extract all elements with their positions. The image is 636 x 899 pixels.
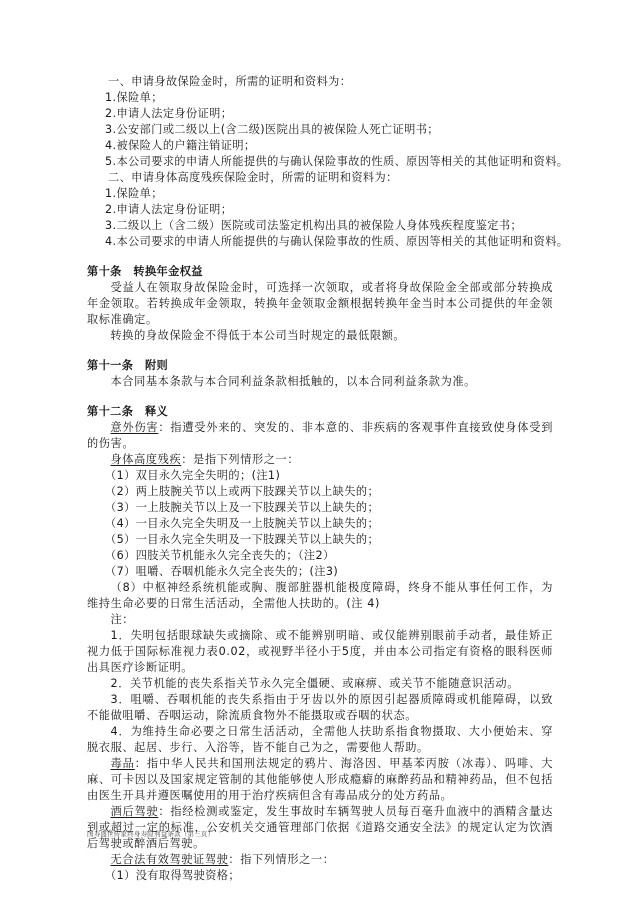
list-item: 5.本公司要求的申请人所能提供的与确认保险事故的性质、原因等相关的其他证明和资料… bbox=[87, 154, 553, 170]
list-item: （4）一目永久完全失明及一上肢腕关节以上缺失的； bbox=[87, 516, 553, 532]
list-item: 1.保险单； bbox=[87, 186, 553, 202]
list-item: 4.被保险人的户籍注销证明； bbox=[87, 138, 553, 154]
list-item: 4.本公司要求的申请人所能提供的与确认保险事故的性质、原因等相关的其他证明和资料… bbox=[87, 234, 553, 250]
notes-label: 注： bbox=[87, 612, 553, 628]
note-item: 2．关节机能的丧失系指关节永久完全僵硬、或麻痹、或关节不能随意识活动。 bbox=[87, 676, 553, 692]
term-accident: 意外伤害 bbox=[111, 421, 159, 434]
list-item: （7）咀嚼、吞咽机能永久完全丧失的；(注3) bbox=[87, 564, 553, 580]
definition-text: ：是指下列情形之一： bbox=[181, 453, 299, 466]
definition-unlicensed-driving: 无合法有效驾驶证驾驶：指下列情形之一： bbox=[87, 852, 553, 868]
term-disability: 身体高度残疾 bbox=[111, 453, 182, 466]
note-item: 3．咀嚼、吞咽机能的丧失系指由于牙齿以外的原因引起器质障碍或机能障碍，以致不能做… bbox=[87, 692, 553, 724]
term-drugs: 毒品 bbox=[111, 757, 135, 770]
list-item: 2.申请人法定身份证明； bbox=[87, 106, 553, 122]
page-footer: 国寿盛世传家终身寿险利益条款（第三页） bbox=[87, 829, 214, 838]
list-item: 1.保险单； bbox=[87, 90, 553, 106]
note-item: 4．为维持生命必要之日常生活活动，全需他人扶助系指食物摄取、大小便始末、穿脱衣服… bbox=[87, 724, 553, 756]
term-unlicensed-driving: 无合法有效驾驶证驾驶 bbox=[111, 853, 229, 866]
definition-disability: 身体高度残疾：是指下列情形之一： bbox=[87, 452, 553, 468]
article-10-heading: 第十条 转换年金权益 bbox=[87, 264, 553, 280]
list-item: 2.申请人法定身份证明； bbox=[87, 202, 553, 218]
article-11-paragraph: 本合同基本条款与本合同利益条款相抵触的，以本合同利益条款为准。 bbox=[87, 374, 553, 390]
article-10-paragraph: 受益人在领取身故保险金时，可选择一次领取，或者将身故保险金全部或部分转换成年金领… bbox=[87, 280, 553, 328]
list-item: （2）两上肢腕关节以上或两下肢踝关节以上缺失的； bbox=[87, 484, 553, 500]
list-item: （6）四肢关节机能永久完全丧失的；（注2） bbox=[87, 548, 553, 564]
term-drunk-driving: 酒后驾驶 bbox=[111, 805, 159, 818]
definition-text: ：指中华人民共和国刑法规定的鸦片、海洛因、甲基苯丙胺（冰毒）、吗啡、大麻、可卡因… bbox=[87, 757, 553, 802]
definition-accident: 意外伤害：指遭受外来的、突发的、非本意的、非疾病的客观事件直接致使身体受到的伤害… bbox=[87, 420, 553, 452]
list-item: （5）一目永久完全失明及一下肢踝关节以上缺失的； bbox=[87, 532, 553, 548]
article-11-heading: 第十一条 附则 bbox=[87, 358, 553, 374]
list-item: （8）中枢神经系统机能或胸、腹部脏器机能极度障碍，终身不能从事任何工作，为维持生… bbox=[87, 580, 553, 612]
note-item: 1．失明包括眼球缺失或摘除、或不能辨别明暗、或仅能辨别眼前手动者，最佳矫正视力低… bbox=[87, 628, 553, 676]
definition-drunk-driving: 酒后驾驶：指经检测或鉴定，发生事故时车辆驾驶人员每百毫升血液中的酒精含量达到或超… bbox=[87, 804, 553, 852]
list-item: 3.二级以上（含二级）医院或司法鉴定机构出具的被保险人身体残疾程度鉴定书； bbox=[87, 218, 553, 234]
list-item: 3.公安部门或二级以上(含二级)医院出具的被保险人死亡证明书； bbox=[87, 122, 553, 138]
article-10-paragraph: 转换的身故保险金不得低于本公司当时规定的最低限额。 bbox=[87, 328, 553, 344]
disability-claim-intro: 二、申请身体高度残疾保险金时，所需的证明和资料为： bbox=[87, 170, 553, 186]
list-item: （1）双目永久完全失明的；(注1) bbox=[87, 468, 553, 484]
article-12-heading: 第十二条 释义 bbox=[87, 404, 553, 420]
list-item: （3）一上肢腕关节以上及一下肢踝关节以上缺失的； bbox=[87, 500, 553, 516]
death-claim-intro: 一、申请身故保险金时，所需的证明和资料为： bbox=[87, 74, 553, 90]
list-item: （1）没有取得驾驶资格； bbox=[87, 868, 553, 884]
document-page: 一、申请身故保险金时，所需的证明和资料为： 1.保险单； 2.申请人法定身份证明… bbox=[87, 74, 553, 884]
definition-text: ：指下列情形之一： bbox=[228, 853, 334, 866]
definition-drugs: 毒品：指中华人民共和国刑法规定的鸦片、海洛因、甲基苯丙胺（冰毒）、吗啡、大麻、可… bbox=[87, 756, 553, 804]
